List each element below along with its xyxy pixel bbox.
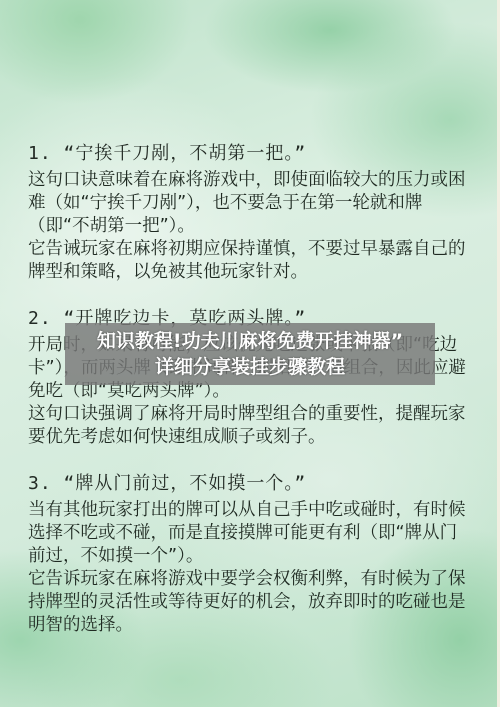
banner-title-line-1: 知识教程!功夫川麻将免费开挂神器”	[97, 328, 403, 354]
section-3: 3. “牌从门前过，不如摸一个。” 当有其他玩家打出的牌可以从自己手中吃或碰时，…	[28, 472, 468, 637]
section-1: 1. “宁挨千刀剐，不胡第一把。” 这句口诀意味着在麻将游戏中，即使面临较大的压…	[28, 142, 468, 284]
section-paragraph: 当有其他玩家打出的牌可以从自己手中吃或碰时，有时候选择不吃或不碰，而是直接摸牌可…	[28, 499, 468, 568]
section-heading: 3. “牌从门前过，不如摸一个。”	[28, 472, 468, 495]
article-body: 1. “宁挨千刀剐，不胡第一把。” 这句口诀意味着在麻将游戏中，即使面临较大的压…	[28, 142, 468, 660]
banner-title-line-2: 详细分享装挂步骤教程	[155, 354, 345, 380]
section-paragraph: 它告诉玩家在麻将游戏中要学会权衡利弊，有时候为了保持牌型的灵活性或等待更好的机会…	[28, 568, 468, 637]
title-overlay-banner: 知识教程!功夫川麻将免费开挂神器” 详细分享装挂步骤教程	[65, 323, 435, 385]
section-paragraph: 这句口诀意味着在麻将游戏中，即使面临较大的压力或困难（如“宁挨千刀剐”），也不要…	[28, 169, 468, 238]
section-paragraph: 这句口诀强调了麻将开局时牌型组合的重要性，提醒玩家要优先考虑如何快速组成顺子或刻…	[28, 403, 468, 449]
section-paragraph: 它告诫玩家在麻将初期应保持谨慎，不要过早暴露自己的牌型和策略，以免被其他玩家针对…	[28, 238, 468, 284]
section-heading: 1. “宁挨千刀剐，不胡第一把。”	[28, 142, 468, 165]
